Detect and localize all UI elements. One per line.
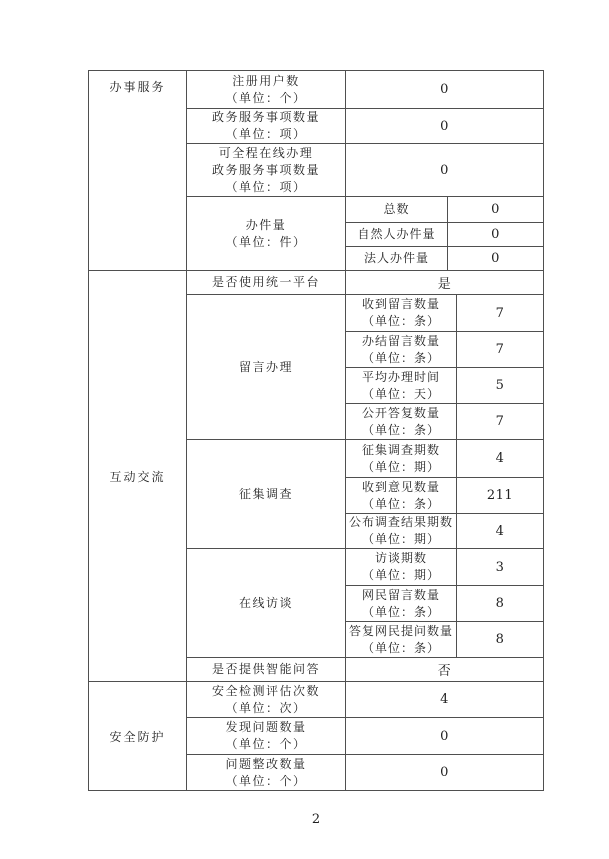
row-label-cell: 收到留言数量 （单位：条） [346,295,457,331]
section-body: 是否使用统一平台 是 留言办理 收到留言数量 （单位：条） [187,271,543,681]
row-label: 访谈期数 [375,550,427,567]
row-label: 可全程在线办理 [219,145,314,162]
table-row: 征集调查期数 （单位：期） 4 [346,440,543,477]
row-unit: （单位：条） [362,350,440,367]
row-label: 公布调查结果期数 [349,514,453,531]
row-label-cell: 自然人办件量 [346,223,448,246]
row-label-cell: 公开答复数量 （单位：条） [346,404,457,439]
group-unit: （单位：件） [225,234,306,251]
document-page: 办事服务 注册用户数 （单位：个） 0 政务服务事项数量 （单位：项） 0 [0,0,609,859]
row-label: 政务服务事项数量 [212,109,320,126]
section-hudong-jiaoliu: 互动交流 是否使用统一平台 是 留言办理 收到留 [89,270,543,681]
row-value: 5 [457,368,543,403]
row-unit: （单位：个） [225,773,306,790]
group-body: 总数 0 自然人办件量 0 法人办件量 [346,197,543,270]
row-label-cell: 政务服务事项数量 （单位：项） [187,109,346,143]
group-label-cell: 征集调查 [187,440,346,548]
table-row: 安全检测评估次数 （单位：次） 4 [187,682,543,717]
row-label-cell: 平均办理时间 （单位：天） [346,368,457,403]
row-label-cell: 发现问题数量 （单位：个） [187,718,346,754]
row-unit: （单位：天） [362,386,440,403]
table-row: 自然人办件量 0 [346,222,543,246]
category-label: 安全防护 [109,728,165,745]
row-unit: （单位：个） [225,736,306,753]
row-label: 答复网民提问数量 [349,623,453,640]
row-label-cell: 网民留言数量 （单位：条） [346,586,457,621]
row-label-cell: 收到意见数量 （单位：条） [346,478,457,513]
section-banshi-fuwu: 办事服务 注册用户数 （单位：个） 0 政务服务事项数量 （单位：项） 0 [89,71,543,270]
row-label-cell: 总数 [346,197,448,222]
group-label-cell: 在线访谈 [187,549,346,657]
row-value: 4 [346,682,543,717]
row-label: 注册用户数 [232,73,300,90]
row-label: 问题整改数量 [225,756,306,773]
table-group-banjianliang: 办件量 （单位：件） 总数 0 自然人办件量 [187,196,543,270]
row-value: 0 [448,197,543,222]
row-label-cell: 是否提供智能问答 [187,658,346,681]
table-row: 收到留言数量 （单位：条） 7 [346,295,543,331]
table-row: 访谈期数 （单位：期） 3 [346,549,543,585]
row-value: 0 [346,109,543,143]
row-value: 7 [457,404,543,439]
row-unit: （单位：期） [362,459,440,476]
section-body: 安全检测评估次数 （单位：次） 4 发现问题数量 （单位：个） 0 问题整改数量 [187,682,543,790]
row-value: 0 [448,223,543,246]
category-cell: 安全防护 [89,682,187,790]
row-label-cell: 公布调查结果期数 （单位：期） [346,514,457,548]
row-label-cell: 问题整改数量 （单位：个） [187,755,346,790]
group-label: 征集调查 [239,486,293,503]
group-label-cell: 留言办理 [187,295,346,439]
row-label-cell: 注册用户数 （单位：个） [187,71,346,108]
category-label: 办事服务 [109,78,165,95]
row-unit: （单位：项） [225,179,306,196]
table-row: 公开答复数量 （单位：条） 7 [346,403,543,439]
table-row: 是否使用统一平台 是 [187,271,543,294]
row-label: 是否提供智能问答 [212,661,320,678]
row-label: 是否使用统一平台 [212,274,320,291]
category-cell: 办事服务 [89,71,187,270]
table-row: 注册用户数 （单位：个） 0 [187,71,543,108]
row-label: 收到留言数量 [362,296,440,313]
group-body: 访谈期数 （单位：期） 3 网民留言数量 （单位：条） 8 [346,549,543,657]
table-row: 网民留言数量 （单位：条） 8 [346,585,543,621]
group-label: 办件量 [246,217,287,234]
row-unit: （单位：次） [225,700,306,717]
table-row: 发现问题数量 （单位：个） 0 [187,717,543,754]
row-label: 办结留言数量 [362,333,440,350]
row-label-cell: 法人办件量 [346,247,448,270]
row-value: 0 [346,144,543,196]
row-value: 0 [448,247,543,270]
section-body: 注册用户数 （单位：个） 0 政务服务事项数量 （单位：项） 0 可全程在线办理 [187,71,543,270]
row-unit: （单位：条） [362,640,440,657]
row-label-cell: 是否使用统一平台 [187,271,346,294]
row-unit: （单位：条） [362,496,440,513]
row-label-cell: 可全程在线办理 政务服务事项数量 （单位：项） [187,144,346,196]
row-label: 网民留言数量 [362,587,440,604]
group-label: 在线访谈 [239,595,293,612]
row-value: 7 [457,332,543,367]
row-value: 8 [457,586,543,621]
table-row: 答复网民提问数量 （单位：条） 8 [346,621,543,657]
row-unit: （单位：条） [362,422,440,439]
row-label: 公开答复数量 [362,405,440,422]
row-unit: （单位：个） [225,90,306,107]
table-row: 平均办理时间 （单位：天） 5 [346,367,543,403]
row-value: 4 [457,440,543,477]
row-value: 0 [346,71,543,108]
group-label: 留言办理 [239,359,293,376]
row-label-cell: 安全检测评估次数 （单位：次） [187,682,346,717]
table-row: 总数 0 [346,197,543,222]
row-unit: （单位：期） [362,567,440,584]
group-body: 征集调查期数 （单位：期） 4 收到意见数量 （单位：条） 211 [346,440,543,548]
row-label: 安全检测评估次数 [212,683,320,700]
row-label: 发现问题数量 [225,719,306,736]
row-value: 3 [457,549,543,585]
table-group-zhengji-diaocha: 征集调查 征集调查期数 （单位：期） 4 收到意见数量 [187,439,543,548]
row-unit: （单位：条） [362,313,440,330]
row-label: 法人办件量 [364,250,429,267]
table-group-zaixian-fangtan: 在线访谈 访谈期数 （单位：期） 3 网民留言数量 [187,548,543,657]
group-label-cell: 办件量 （单位：件） [187,197,346,270]
row-label-line2: 政务服务事项数量 [212,162,320,179]
category-cell: 互动交流 [89,271,187,681]
table-group-liuyan-banli: 留言办理 收到留言数量 （单位：条） 7 办结留言数量 [187,294,543,439]
row-label: 自然人办件量 [357,226,435,243]
row-value: 211 [457,478,543,513]
row-label: 平均办理时间 [362,369,440,386]
table-row: 收到意见数量 （单位：条） 211 [346,477,543,513]
section-anquan-fanghu: 安全防护 安全检测评估次数 （单位：次） 4 发现问题数量 （单位：个） 0 [89,681,543,790]
table-row: 政务服务事项数量 （单位：项） 0 [187,108,543,143]
row-label-cell: 答复网民提问数量 （单位：条） [346,622,457,657]
row-label: 收到意见数量 [362,479,440,496]
table-row: 可全程在线办理 政务服务事项数量 （单位：项） 0 [187,143,543,196]
row-value: 7 [457,295,543,331]
row-label-cell: 办结留言数量 （单位：条） [346,332,457,367]
table-row: 公布调查结果期数 （单位：期） 4 [346,513,543,548]
row-value: 8 [457,622,543,657]
statistics-table: 办事服务 注册用户数 （单位：个） 0 政务服务事项数量 （单位：项） 0 [88,70,544,791]
row-label-cell: 征集调查期数 （单位：期） [346,440,457,477]
row-value: 否 [346,658,543,681]
table-row: 法人办件量 0 [346,246,543,270]
row-value: 是 [346,271,543,294]
row-unit: （单位：条） [362,604,440,621]
group-body: 收到留言数量 （单位：条） 7 办结留言数量 （单位：条） 7 [346,295,543,439]
row-value: 4 [457,514,543,548]
category-label: 互动交流 [109,468,165,485]
row-value: 0 [346,718,543,754]
table-row: 问题整改数量 （单位：个） 0 [187,754,543,790]
row-value: 0 [346,755,543,790]
row-label: 总数 [383,201,409,218]
page-number: 2 [88,812,544,827]
table-row: 办结留言数量 （单位：条） 7 [346,331,543,367]
row-label: 征集调查期数 [362,442,440,459]
row-unit: （单位：项） [225,126,306,143]
table-row: 是否提供智能问答 否 [187,657,543,681]
row-label-cell: 访谈期数 （单位：期） [346,549,457,585]
row-unit: （单位：期） [362,531,440,548]
